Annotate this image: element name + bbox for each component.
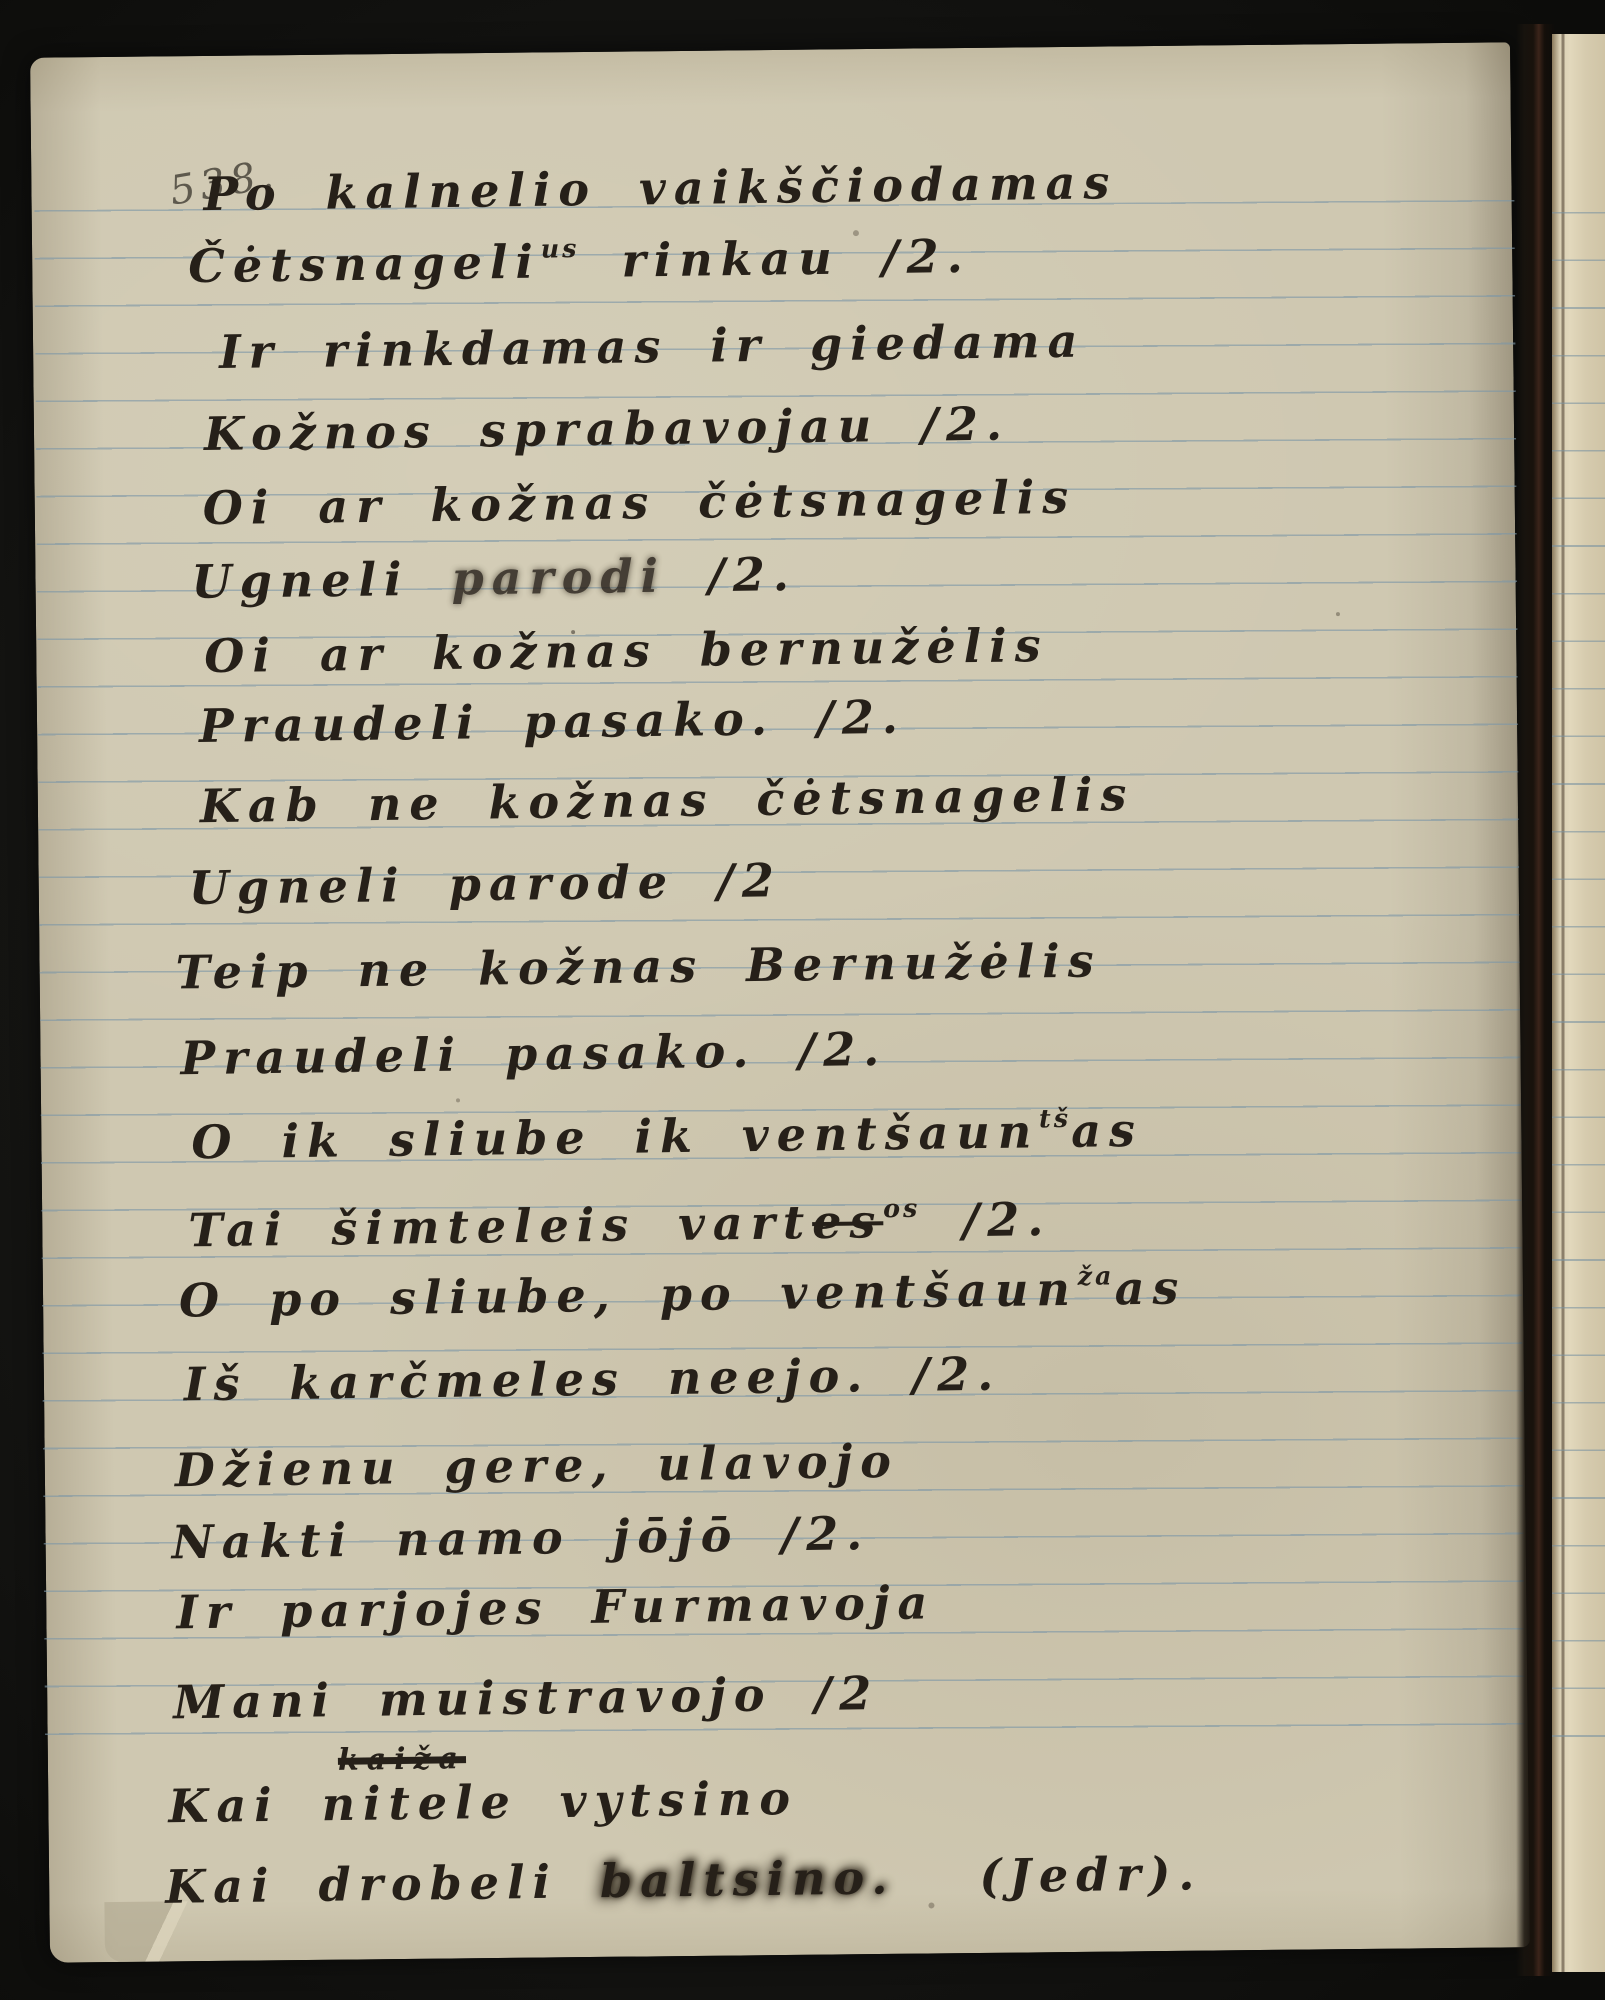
handwriting-segment: parodi xyxy=(451,549,666,606)
manuscript-line-18: Nakti namo jōjō /2. xyxy=(171,1506,870,1569)
manuscript-line-2: Čėtsnagelius rinkau /2. xyxy=(188,229,971,293)
handwriting-segment: O ik sliube ik ventšaun xyxy=(191,1104,1039,1169)
pages-gap xyxy=(1516,24,1554,1976)
handwriting-segment: (Jedr). xyxy=(895,1846,1203,1904)
manuscript-line-22: Kai nitele vytsino xyxy=(168,1771,798,1833)
handwriting-segment: /2. xyxy=(920,1192,1052,1248)
manuscript-line-7: Oi ar kožnas bernužėlis xyxy=(204,618,1049,683)
manuscript-line-8: Praudeli pasako. /2. xyxy=(199,690,906,753)
handwriting-segment: Praudeli pasako. /2. xyxy=(180,1022,887,1085)
scan-root: 538. Po kalnelio vaikščiodamasČėtsnageli… xyxy=(0,0,1605,2000)
handwriting-segment: Čėtsnageli xyxy=(188,235,541,294)
manuscript-line-21: kaiža xyxy=(338,1741,467,1778)
handwriting-segment: es xyxy=(812,1194,884,1249)
handwriting-segment: Ir rinkdamas ir giedama xyxy=(219,314,1086,379)
handwriting-segment: Tai šimteleis vart xyxy=(188,1195,812,1257)
manuscript-line-3: Ir rinkdamas ir giedama xyxy=(219,314,1086,379)
handwriting-segment: Oi ar kožnas bernužėlis xyxy=(204,618,1049,683)
handwriting-segment: Praudeli pasako. /2. xyxy=(199,690,906,753)
handwriting-segment: Džienu gere, ulavojo xyxy=(175,1434,900,1497)
manuscript-line-12: Praudeli pasako. /2. xyxy=(180,1022,887,1085)
handwriting-segment: os xyxy=(883,1193,921,1223)
notebook-page: 538. Po kalnelio vaikščiodamasČėtsnageli… xyxy=(30,42,1530,1962)
handwriting-segment: us xyxy=(541,233,580,264)
handwriting-segment: kaiža xyxy=(338,1741,467,1778)
handwriting-segment: Mani muistravojo /2 xyxy=(173,1666,880,1729)
manuscript-line-4: Kožnos sprabavojau /2. xyxy=(204,397,1011,462)
manuscript-line-23: Kai drobeli baltsino. (Jedr). xyxy=(165,1846,1203,1914)
manuscript-line-19: Ir parjojes Furmavoja xyxy=(176,1575,936,1639)
handwriting-segment: Oi ar kožnas čėtsnagelis xyxy=(202,470,1076,535)
handwriting-segment: tš xyxy=(1039,1103,1071,1133)
handwriting-segment: Kai nitele vytsino xyxy=(168,1771,798,1833)
handwriting-segment: Ugneli xyxy=(191,552,452,609)
next-page-edge xyxy=(1552,34,1605,1972)
next-page-ruling xyxy=(1552,212,1605,1774)
handwriting-segment: as xyxy=(1071,1103,1143,1158)
handwriting-segment: Ugneli parode /2 xyxy=(188,853,782,915)
manuscript-line-14: Tai šimteleis vartesos /2. xyxy=(188,1192,1052,1257)
manuscript-line-17: Džienu gere, ulavojo xyxy=(175,1434,900,1497)
handwriting-segment: Kai drobeli xyxy=(165,1854,600,1914)
manuscript-line-10: Ugneli parode /2 xyxy=(188,853,782,915)
handwriting-segment: rinkau /2. xyxy=(579,229,971,288)
handwriting-segment: Ir parjojes Furmavoja xyxy=(176,1575,936,1639)
manuscript-line-20: Mani muistravojo /2 xyxy=(173,1666,880,1729)
handwriting-segment: as xyxy=(1114,1260,1186,1315)
handwriting-segment: Kožnos sprabavojau /2. xyxy=(204,397,1011,462)
handwriting-segment: /2. xyxy=(666,547,798,603)
handwriting-segment: ža xyxy=(1077,1260,1114,1290)
handwriting-segment: baltsino. xyxy=(600,1850,896,1908)
manuscript-text: Po kalnelio vaikščiodamasČėtsnagelius ri… xyxy=(30,42,1510,57)
manuscript-line-6: Ugneli parodi /2. xyxy=(191,547,797,609)
handwriting-segment: Nakti namo jōjō /2. xyxy=(171,1506,870,1569)
handwriting-segment: Iš karčmeles neejo. /2. xyxy=(184,1347,1002,1412)
manuscript-line-16: Iš karčmeles neejo. /2. xyxy=(184,1347,1002,1412)
manuscript-line-5: Oi ar kožnas čėtsnagelis xyxy=(202,470,1076,535)
